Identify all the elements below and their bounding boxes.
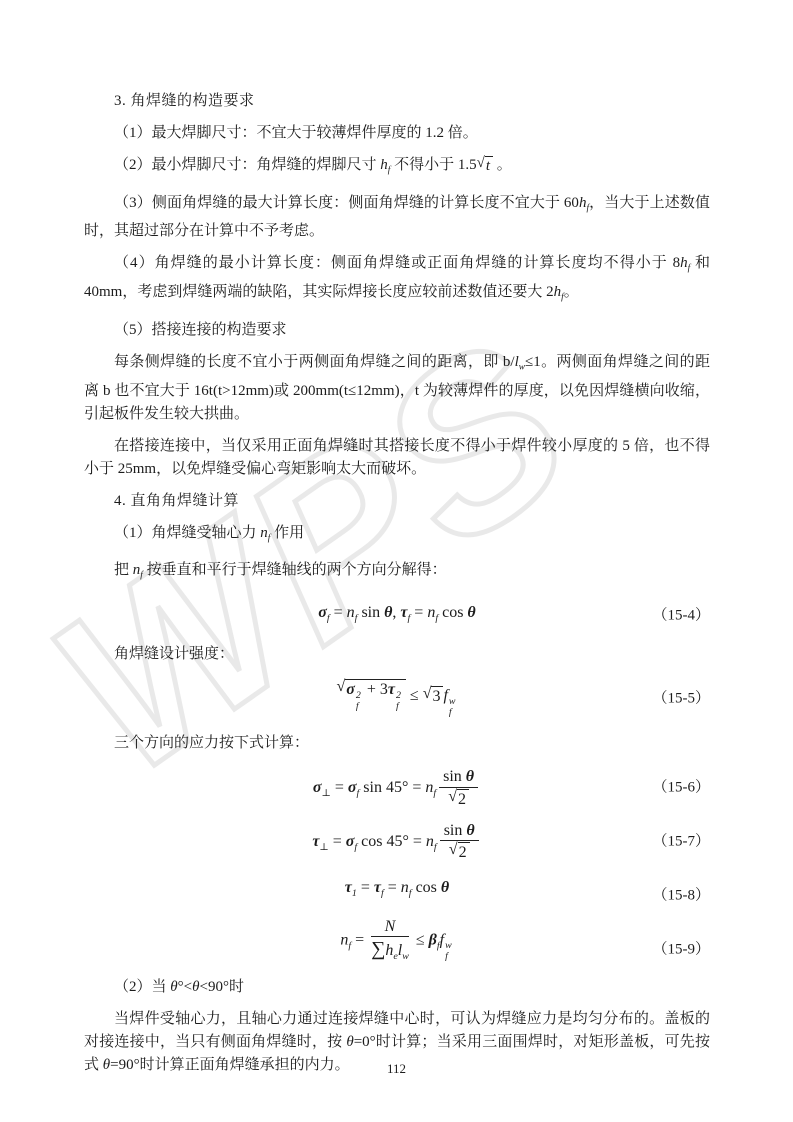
- paragraph-decompose: 把 nf 按垂直和平行于焊缝轴线的两个方向分解得：: [84, 559, 710, 588]
- document-body: 3. 角焊缝的构造要求 （1）最大焊脚尺寸：不宜大于较薄焊件厚度的 1.2 倍。…: [84, 90, 710, 1086]
- equation-15-6-number: （15-6）: [653, 777, 711, 800]
- item-min-calc-length: （4）角焊缝的最小计算长度：侧面角焊缝或正面角焊缝的计算长度均不得小于 8hf …: [84, 252, 710, 309]
- equation-15-6: σ⊥ = σf sin 45° = nfsin θ√2 （15-6）: [84, 768, 710, 809]
- equation-15-9: nf = N∑helw ≤ βffwf （15-9）: [84, 918, 710, 964]
- equation-15-5-body: √σ2f + 3τ2f ≤ √3fwf: [336, 679, 457, 719]
- equation-15-8: τ1 = τf = nf cos θ （15-8）: [84, 876, 710, 905]
- equation-15-5-number: （15-5）: [653, 688, 711, 711]
- paragraph-lap-connection: 在搭接连接中，当仅采用正面角焊缝时其搭接长度不得小于焊件较小厚度的 5 倍，也不…: [84, 435, 710, 481]
- equation-15-7-number: （15-7）: [653, 831, 711, 854]
- equation-15-9-number: （15-9）: [653, 939, 711, 962]
- equation-15-7-body: τ⊥ = σf cos 45° = nfsin θ√2: [312, 822, 481, 863]
- label-design-strength: 角焊缝设计强度：: [84, 643, 710, 666]
- equation-15-8-number: （15-8）: [653, 885, 711, 908]
- item-max-leg-size: （1）最大焊脚尺寸：不宜大于较薄焊件厚度的 1.2 倍。: [84, 122, 710, 145]
- label-three-directions: 三个方向的应力按下式计算：: [84, 732, 710, 755]
- paragraph-side-weld-length: 每条侧焊缝的长度不宜小于两侧面角焊缝之间的距离，即 b/lw≤1。两侧面角焊缝之…: [84, 351, 710, 426]
- section-3-heading: 3. 角焊缝的构造要求: [84, 90, 710, 113]
- page-number: 112: [0, 1057, 793, 1080]
- item-min-leg-size: （2）最小焊脚尺寸：角焊缝的焊脚尺寸 hf 不得小于 1.5√t 。: [84, 154, 710, 183]
- equation-15-8-body: τ1 = τf = nf cos θ: [345, 876, 449, 905]
- item-axial-force: （1）角焊缝受轴心力 nf 作用: [84, 522, 710, 551]
- item-max-calc-length: （3）侧面角焊缝的最大计算长度：侧面角焊缝的计算长度不宜大于 60hf，当大于上…: [84, 192, 710, 244]
- section-4-heading: 4. 直角角焊缝计算: [84, 490, 710, 513]
- item-theta-range: （2）当 θ°<θ<90°时: [84, 976, 710, 999]
- equation-15-4: σf = nf sin θ, τf = nf cos θ （15-4）: [84, 601, 710, 630]
- equation-15-5: √σ2f + 3τ2f ≤ √3fwf （15-5）: [84, 679, 710, 719]
- equation-15-7: τ⊥ = σf cos 45° = nfsin θ√2 （15-7）: [84, 822, 710, 863]
- equation-15-9-body: nf = N∑helw ≤ βffwf: [340, 918, 453, 964]
- item-lap-joint-requirement: （5）搭接连接的构造要求: [84, 319, 710, 342]
- equation-15-6-body: σ⊥ = σf sin 45° = nfsin θ√2: [313, 768, 481, 809]
- document-page: WPS 3. 角焊缝的构造要求 （1）最大焊脚尺寸：不宜大于较薄焊件厚度的 1.…: [0, 0, 793, 1122]
- equation-15-4-number: （15-4）: [653, 604, 711, 627]
- equation-15-4-body: σf = nf sin θ, τf = nf cos θ: [318, 601, 475, 630]
